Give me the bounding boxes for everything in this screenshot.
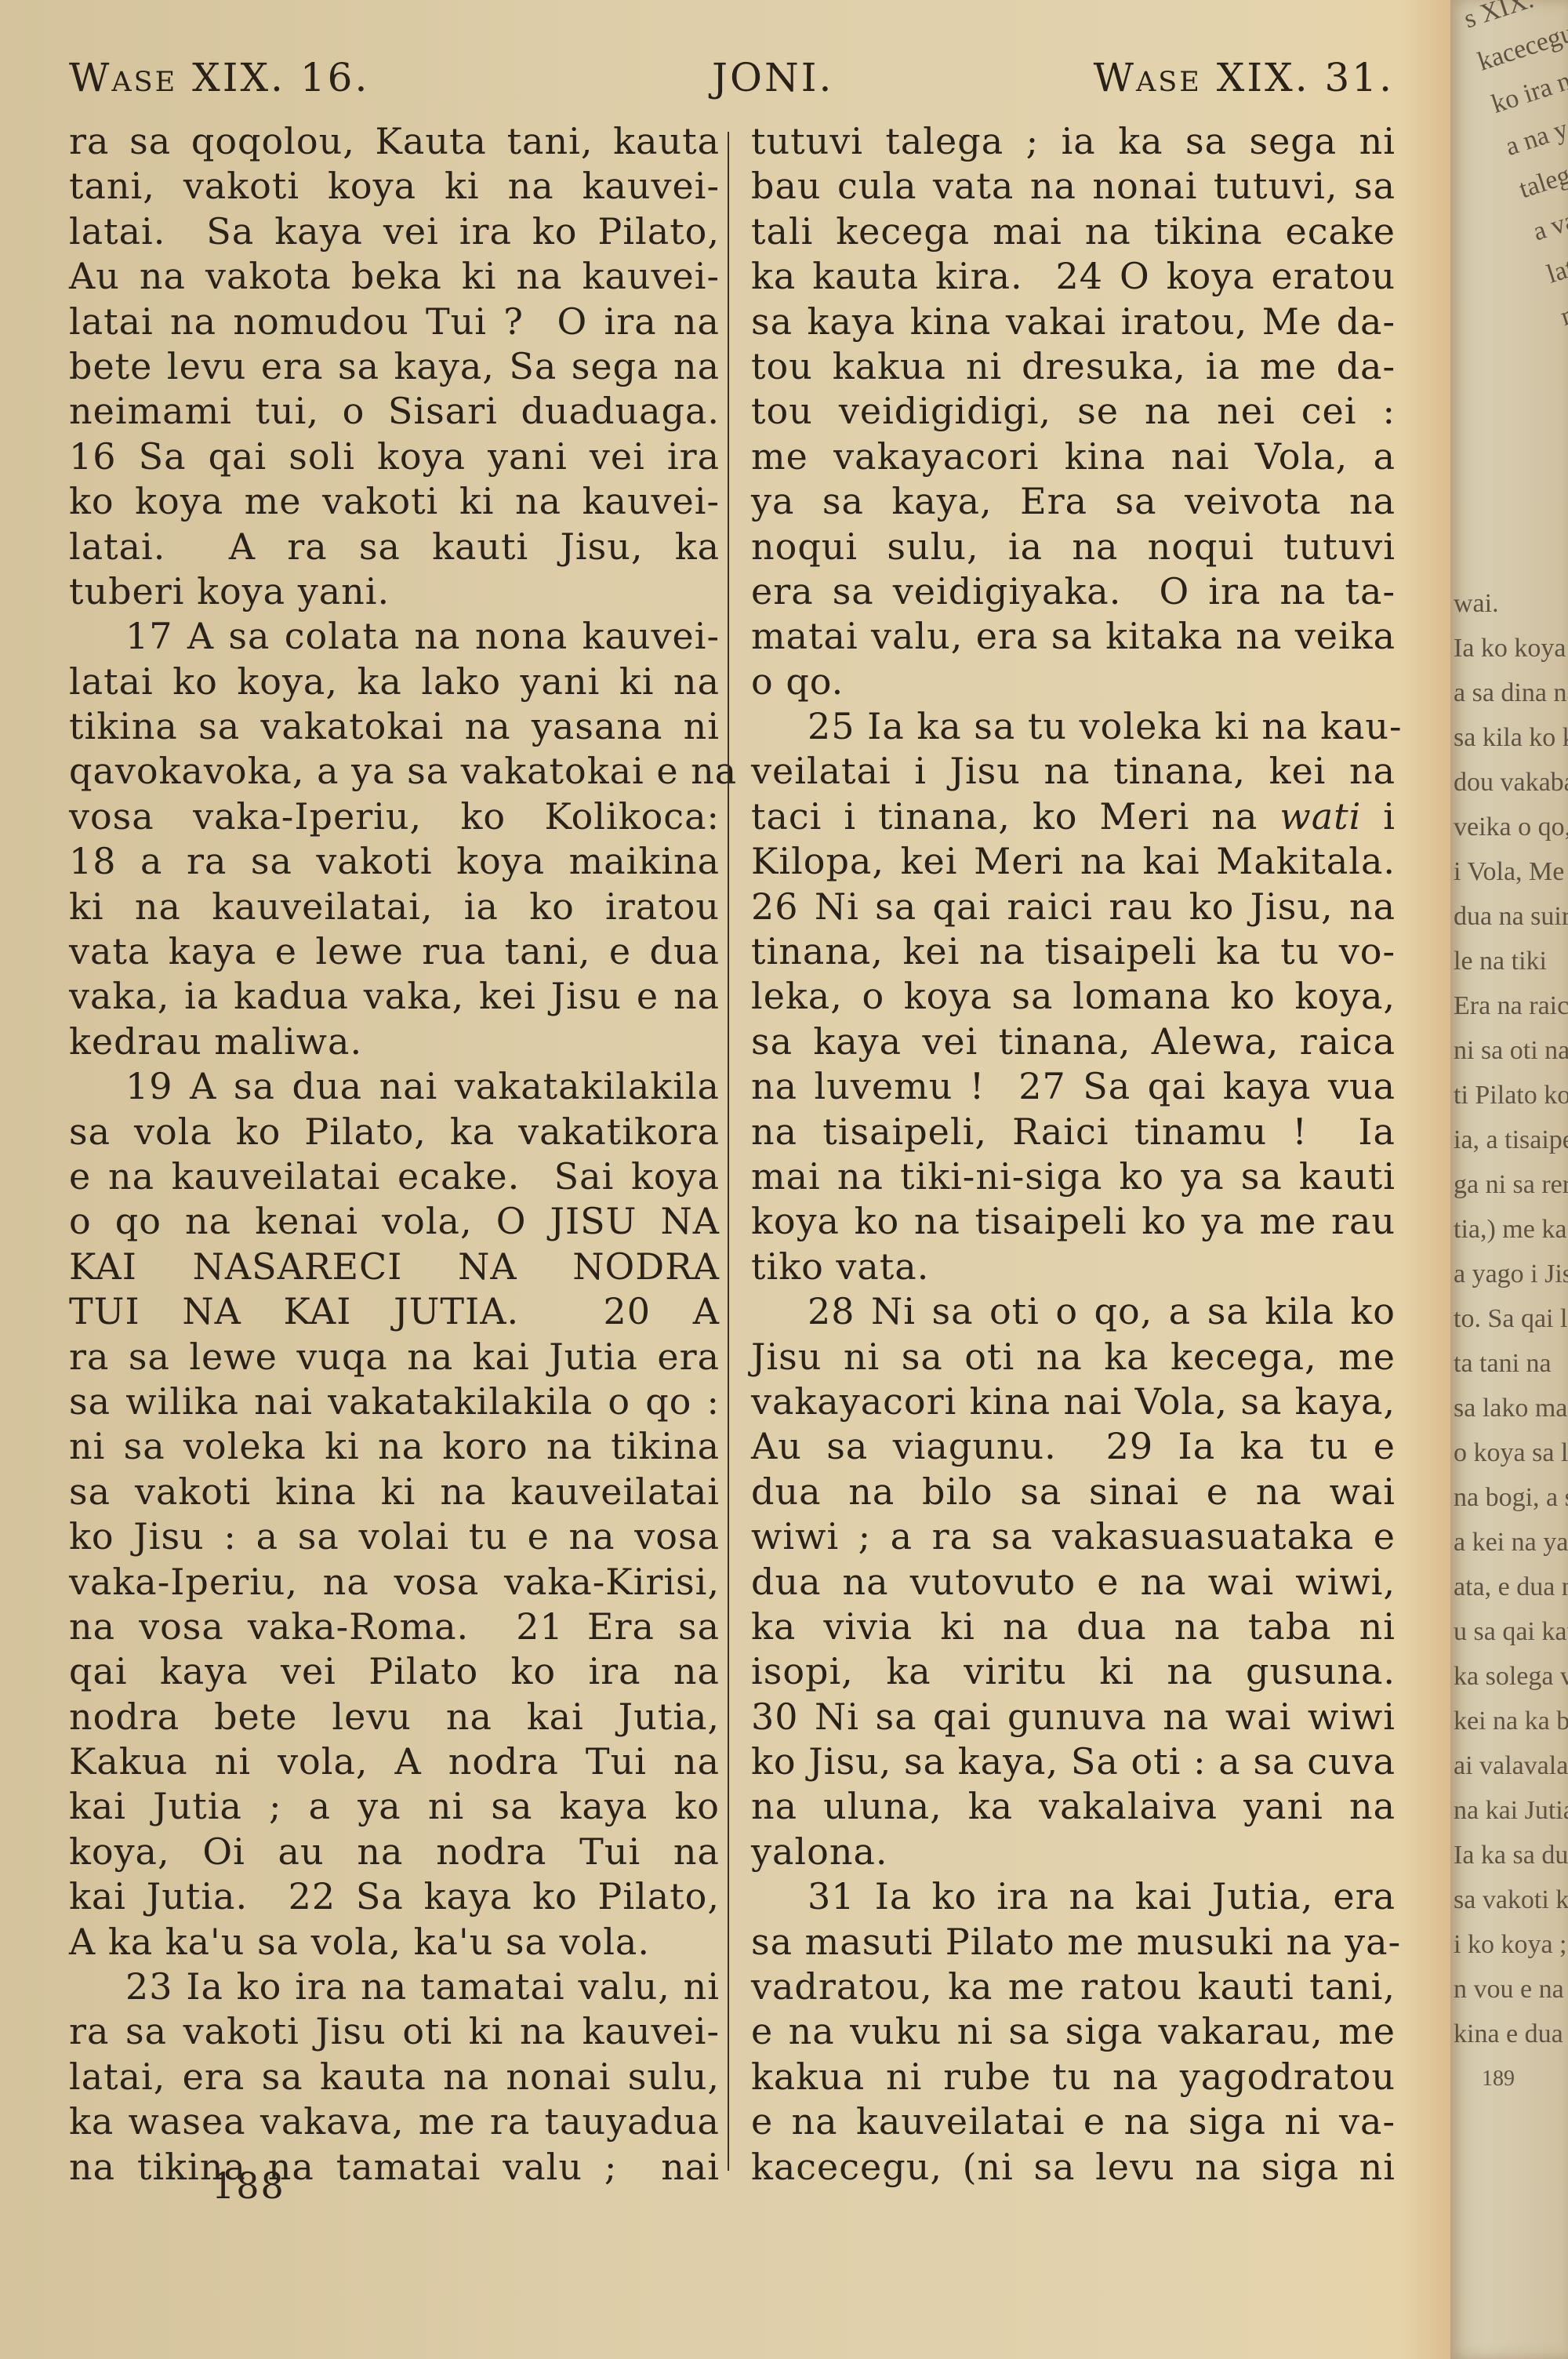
page-number: 188 [212, 2165, 285, 2207]
next-page-fragment: ni sa oti na [1450, 1028, 1568, 1073]
text-line: tikina sa vakatokai na yasana ni [69, 704, 720, 749]
text-line: taci i tinana, ko Meri na wati i [751, 794, 1396, 839]
text-line: dua na vutovuto e na wai wiwi, [751, 1560, 1396, 1605]
next-page-fragments-bottom: sa lako maio koya sa lana bogi, a sa kei… [1450, 1386, 1568, 2056]
next-page-fragment: kina e dua [1450, 2012, 1568, 2056]
text-line: 18 a ra sa vakoti koya maikina [69, 839, 720, 884]
text-line: na uluna, ka vakalaiva yani na [751, 1784, 1396, 1829]
text-line: ra sa vakoti Jisu oti ki na kauvei- [69, 2009, 720, 2054]
text-line: tani, vakoti koya ki na kauvei- [69, 164, 720, 209]
next-page-fragment: wai. [1450, 581, 1568, 626]
text-line: matai valu, era sa kitaka na veika [751, 614, 1396, 659]
next-page-fragment: kei na ka boi [1450, 1699, 1568, 1743]
text-line: Au na vakota beka ki na kauvei- [69, 254, 720, 299]
next-page-fragment: sa vakoti kina [1450, 1877, 1568, 1922]
left-text-column: ra sa qoqolou, Kauta tani, kautatani, va… [69, 119, 720, 2190]
text-line: vadratou, ka me ratou kauti tani, [751, 1965, 1396, 2009]
text-line: Au sa viagunu. 29 Ia ka tu e [751, 1424, 1396, 1469]
next-page-fragment: i ko koya ; a sa [1450, 1922, 1568, 1967]
text-line: Jisu ni sa oti na ka kecega, me [751, 1335, 1396, 1379]
text-line: kedrau maliwa. [69, 1020, 720, 1064]
text-line: noqui sulu, ia na noqui tutuvi [751, 525, 1396, 569]
text-line: qai kaya vei Pilato ko ira na [69, 1649, 720, 1694]
italic-word: wati [1279, 795, 1361, 838]
text-line: leka, o koya sa lomana ko koya, [751, 974, 1396, 1019]
text-line: latai. A ra sa kauti Jisu, ka [69, 525, 720, 569]
text-line: koya, Oi au na nodra Tui na [69, 1830, 720, 1874]
text-line: sa vola ko Pilato, ka vakatikora [69, 1110, 720, 1154]
text-line: ka vivia ki na dua na taba ni [751, 1605, 1396, 1649]
text-line: ra sa qoqolou, Kauta tani, kauta [69, 119, 720, 164]
text-line: na tisaipeli, Raici tinamu ! Ia [751, 1110, 1396, 1154]
next-page-fragment: ia, a tisaipel [1450, 1118, 1568, 1162]
text-line: na vosa vaka-Roma. 21 Era sa [69, 1605, 720, 1649]
next-page-fragment: u sa qai kau [1450, 1609, 1568, 1654]
text-line: na tikina na tamatai valu ; nai [69, 2145, 720, 2190]
next-page-fragment: Ia ka sa dua na [1450, 1833, 1568, 1877]
text-line: vosa vaka-Iperiu, ko Kolikoca: [69, 794, 720, 839]
next-page-fragment: ta tani na [1450, 1341, 1568, 1386]
text-line: latai. Sa kaya vei ira ko Pilato, [69, 209, 720, 254]
text-line: na luvemu ! 27 Sa qai kaya vua [751, 1064, 1396, 1109]
text-line: e na kauveilatai e na siga ni va- [751, 2099, 1396, 2144]
text-line: latai, era sa kauta na nonai sulu, [69, 2055, 720, 2099]
next-page-fragments-top: s XIX.kacecegu ko ya,ko ira na tamaa na … [1455, 0, 1568, 553]
text-line: neimami tui, o Sisari duaduaga. [69, 389, 720, 434]
text-line: vaka, ia kadua vaka, kei Jisu e na [69, 974, 720, 1019]
text-line: ra sa lewe vuqa na kai Jutia era [69, 1335, 720, 1379]
next-page-edge: s XIX.kacecegu ko ya,ko ira na tamaa na … [1450, 0, 1568, 2359]
text-line: tutuvi talega ; ia ka sa sega ni [751, 119, 1396, 164]
next-page-fragment: ata, e dua na dr [1450, 1565, 1568, 1609]
next-page-fragment: to. Sa qai la [1450, 1296, 1568, 1341]
text-line: ka kauta kira. 24 O koya eratou [751, 254, 1396, 299]
next-page-fragment: a sa dina na [1450, 671, 1568, 715]
text-line: me vakayacori kina nai Vola, a [751, 434, 1396, 479]
column-divider [728, 132, 729, 2171]
text-line: sa kaya vei tinana, Alewa, raica [751, 1020, 1396, 1064]
text-line: 26 Ni sa qai raici rau ko Jisu, na [751, 885, 1396, 929]
text-line: tinana, kei na tisaipeli ka tu vo- [751, 929, 1396, 974]
text-line: e na kauveilatai ecake. Sai koya [69, 1154, 720, 1199]
text-line: bau cula vata na nonai tutuvi, sa [751, 164, 1396, 209]
text-line: wiwi ; a ra sa vakasuasuataka e [751, 1514, 1396, 1559]
text-line: sa kaya kina vakai iratou, Me da- [751, 300, 1396, 344]
text-line: ki na kauveilatai, ia ko iratou [69, 885, 720, 929]
text-line: 17 A sa colata na nona kauvei- [69, 614, 720, 659]
next-page-fragment: Ia ko koya sa [1450, 626, 1568, 671]
text-line: kacecegu, (ni sa levu na siga ni [751, 2145, 1396, 2190]
text-line: tuberi koya yani. [69, 569, 720, 614]
text-line: 16 Sa qai soli koya yani vei ira [69, 434, 720, 479]
next-page-fragment: le na tiki [1450, 939, 1568, 983]
right-text-column: tutuvi talega ; ia ka sa sega nibau cula… [751, 119, 1396, 2190]
next-page-fragment: ai valavala ni [1450, 1743, 1568, 1788]
next-page-fragment: sa kila ko ko [1450, 715, 1568, 760]
text-line: vakayacori kina nai Vola, sa kaya, [751, 1379, 1396, 1424]
text-line: nodra bete levu na kai Jutia, [69, 1695, 720, 1739]
next-page-fragment: tia,) me ka [1450, 1207, 1568, 1252]
text-line: o qo na kenai vola, O JISU NA [69, 1199, 720, 1244]
next-page-fragment: dua na suir [1450, 894, 1568, 939]
text-line: 25 Ia ka sa tu voleka ki na kau- [751, 704, 1396, 749]
text-line: veilatai i Jisu na tinana, kei na [751, 749, 1396, 794]
header-right-verse: XIX. 31. [1217, 55, 1394, 100]
text-line: 28 Ni sa oti o qo, a sa kila ko [751, 1289, 1396, 1334]
text-line: 31 Ia ko ira na kai Jutia, era [751, 1874, 1396, 1919]
text-line: mai na tiki-ni-siga ko ya sa kauti [751, 1154, 1396, 1199]
next-page-fragment: i Vola, Me k [1450, 849, 1568, 894]
header-left-verse: XIX. 16. [192, 55, 369, 100]
text-line: yalona. [751, 1830, 1396, 1874]
text-line: e na vuku ni sa siga vakarau, me [751, 2009, 1396, 2054]
text-line: ni sa voleka ki na koro na tikina [69, 1424, 720, 1469]
text-line: sa vakoti kina ki na kauveilatai [69, 1470, 720, 1514]
next-page-fragments-middle: wai.Ia ko koya saa sa dina nasa kila ko … [1450, 581, 1568, 1386]
next-page-fragment: o koya sa la [1450, 1430, 1568, 1475]
header-left-book: Wase [69, 55, 177, 100]
text-line: ya sa kaya, Era sa veivota na [751, 479, 1396, 524]
text-line: isopi, ka viritu ki na gusuna. [751, 1649, 1396, 1694]
book-page: Wase XIX. 16. JONI. Wase XIX. 31. ra sa … [0, 0, 1458, 2359]
text-line: vata kaya e lewe rua tani, e dua [69, 929, 720, 974]
text-line: dua na bilo sa sinai e na wai [751, 1470, 1396, 1514]
text-line: tali kecega mai na tikina ecake [751, 209, 1396, 254]
next-page-fragment: dou vakabau [1450, 760, 1568, 805]
text-line: Kakua ni vola, A nodra Tui na [69, 1739, 720, 1784]
next-page-fragment: a yago i Jisu [1450, 1252, 1568, 1296]
next-page-fragment: veika o qo, m [1450, 805, 1568, 849]
text-line: 23 Ia ko ira na tamatai valu, ni [69, 1965, 720, 2009]
next-page-fragment: ka solega vata [1450, 1654, 1568, 1699]
text-line: era sa veidigiyaka. O ira na ta- [751, 569, 1396, 614]
text-line: sa masuti Pilato me musuki na ya- [751, 1920, 1396, 1965]
next-page-fragment: ti Pilato ko [1450, 1073, 1568, 1118]
header-right-book: Wase [1094, 55, 1202, 100]
text-line: vaka-Iperiu, na vosa vaka-Kirisi, [69, 1560, 720, 1605]
text-line: o qo. [751, 660, 1396, 704]
text-line: tou kakua ni dresuka, ia me da- [751, 344, 1396, 389]
next-page-fragment: n vou e na we [1450, 1967, 1568, 2012]
next-page-fragment: na bogi, a s [1450, 1475, 1568, 1520]
text-line: TUI NA KAI JUTIA. 20 A [69, 1289, 720, 1334]
text-line: sa wilika nai vakatakilakila o qo : [69, 1379, 720, 1424]
next-page-number: 189 [1450, 2056, 1568, 2101]
text-line: Kilopa, kei Meri na kai Makitala. [751, 839, 1396, 884]
text-line: 19 A sa dua nai vakatakilakila [69, 1064, 720, 1109]
text-line: latai na nomudou Tui ? O ira na [69, 300, 720, 344]
text-line: ko Jisu, sa kaya, Sa oti : a sa cuva [751, 1739, 1396, 1784]
text-line: qavokavoka, a ya sa vakatokai e na [69, 749, 720, 794]
text-line: ka wasea vakava, me ra tauyadua [69, 2099, 720, 2144]
text-line: tou veidigidigi, se na nei cei : [751, 389, 1396, 434]
next-page-fragment: na kai Jutia. [1450, 1788, 1568, 1833]
text-line: A ka ka'u sa vola, ka'u sa vola. [69, 1920, 720, 1965]
text-line: KAI NASARECI NA NODRA [69, 1245, 720, 1289]
text-line: tiko vata. [751, 1245, 1396, 1289]
header-book-title: JONI. [712, 55, 833, 100]
text-line: kai Jutia. 22 Sa kaya ko Pilato, [69, 1874, 720, 1919]
text-line: koya ko na tisaipeli ko ya me rau [751, 1199, 1396, 1244]
next-page-fragment: Era na raici [1450, 983, 1568, 1028]
text-line: kai Jutia ; a ya ni sa kaya ko [69, 1784, 720, 1829]
text-line: latai ko koya, ka lako yani ki na [69, 660, 720, 704]
running-header: Wase XIX. 16. JONI. Wase XIX. 31. [69, 55, 1394, 110]
next-page-fragment: a kei na yasi [1450, 1520, 1568, 1565]
next-page-fragment: sa lako mai [1450, 1386, 1568, 1430]
text-line: bete levu era sa kaya, Sa sega na [69, 344, 720, 389]
text-line: 30 Ni sa qai gunuva na wai wiwi [751, 1695, 1396, 1739]
text-line: kakua ni rube tu na yagodratou [751, 2055, 1396, 2099]
next-page-fragment: ga ni sa rer [1450, 1162, 1568, 1207]
text-line: ko koya me vakoti ki na kauvei- [69, 479, 720, 524]
header-left-reference: Wase XIX. 16. [69, 55, 369, 100]
header-right-reference: Wase XIX. 31. [1094, 55, 1394, 100]
text-line: ko Jisu : a sa volai tu e na vosa [69, 1514, 720, 1559]
